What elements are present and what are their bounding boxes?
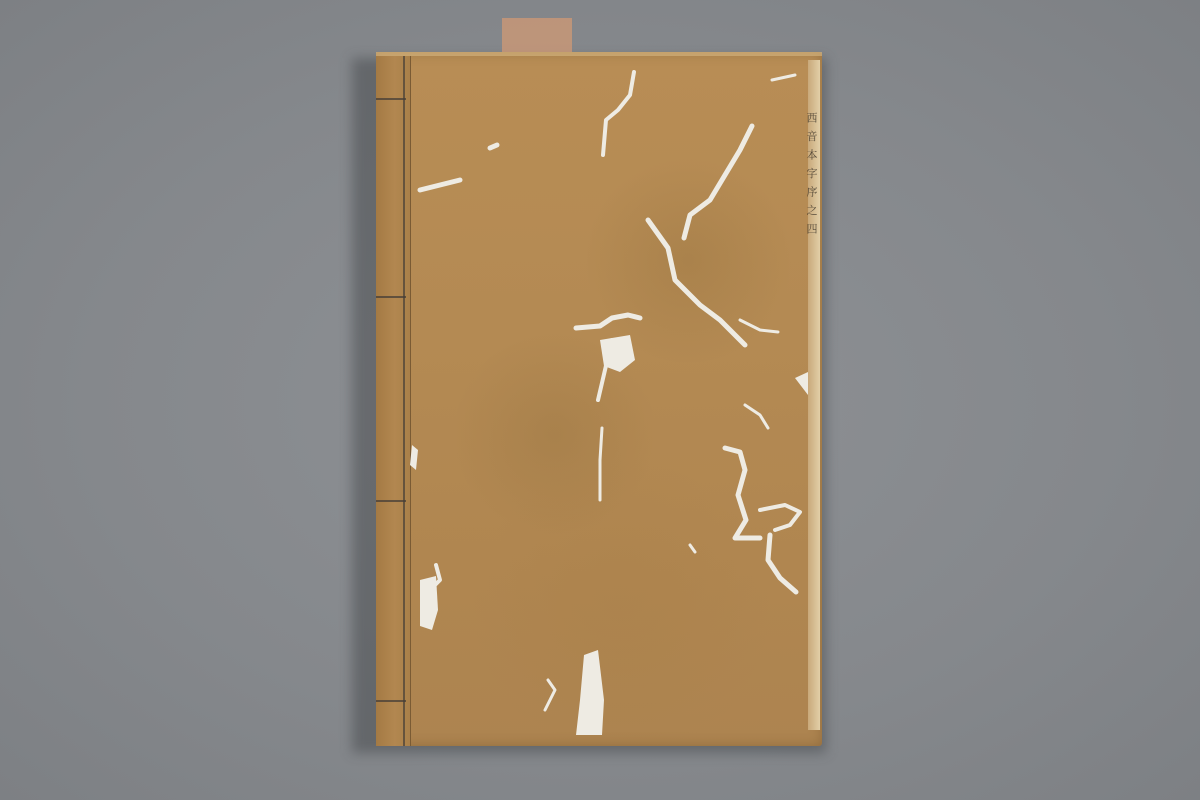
worm-damage — [0, 0, 1200, 800]
photo-scene: 西 音 本 字 序 之 四 — [0, 0, 1200, 800]
